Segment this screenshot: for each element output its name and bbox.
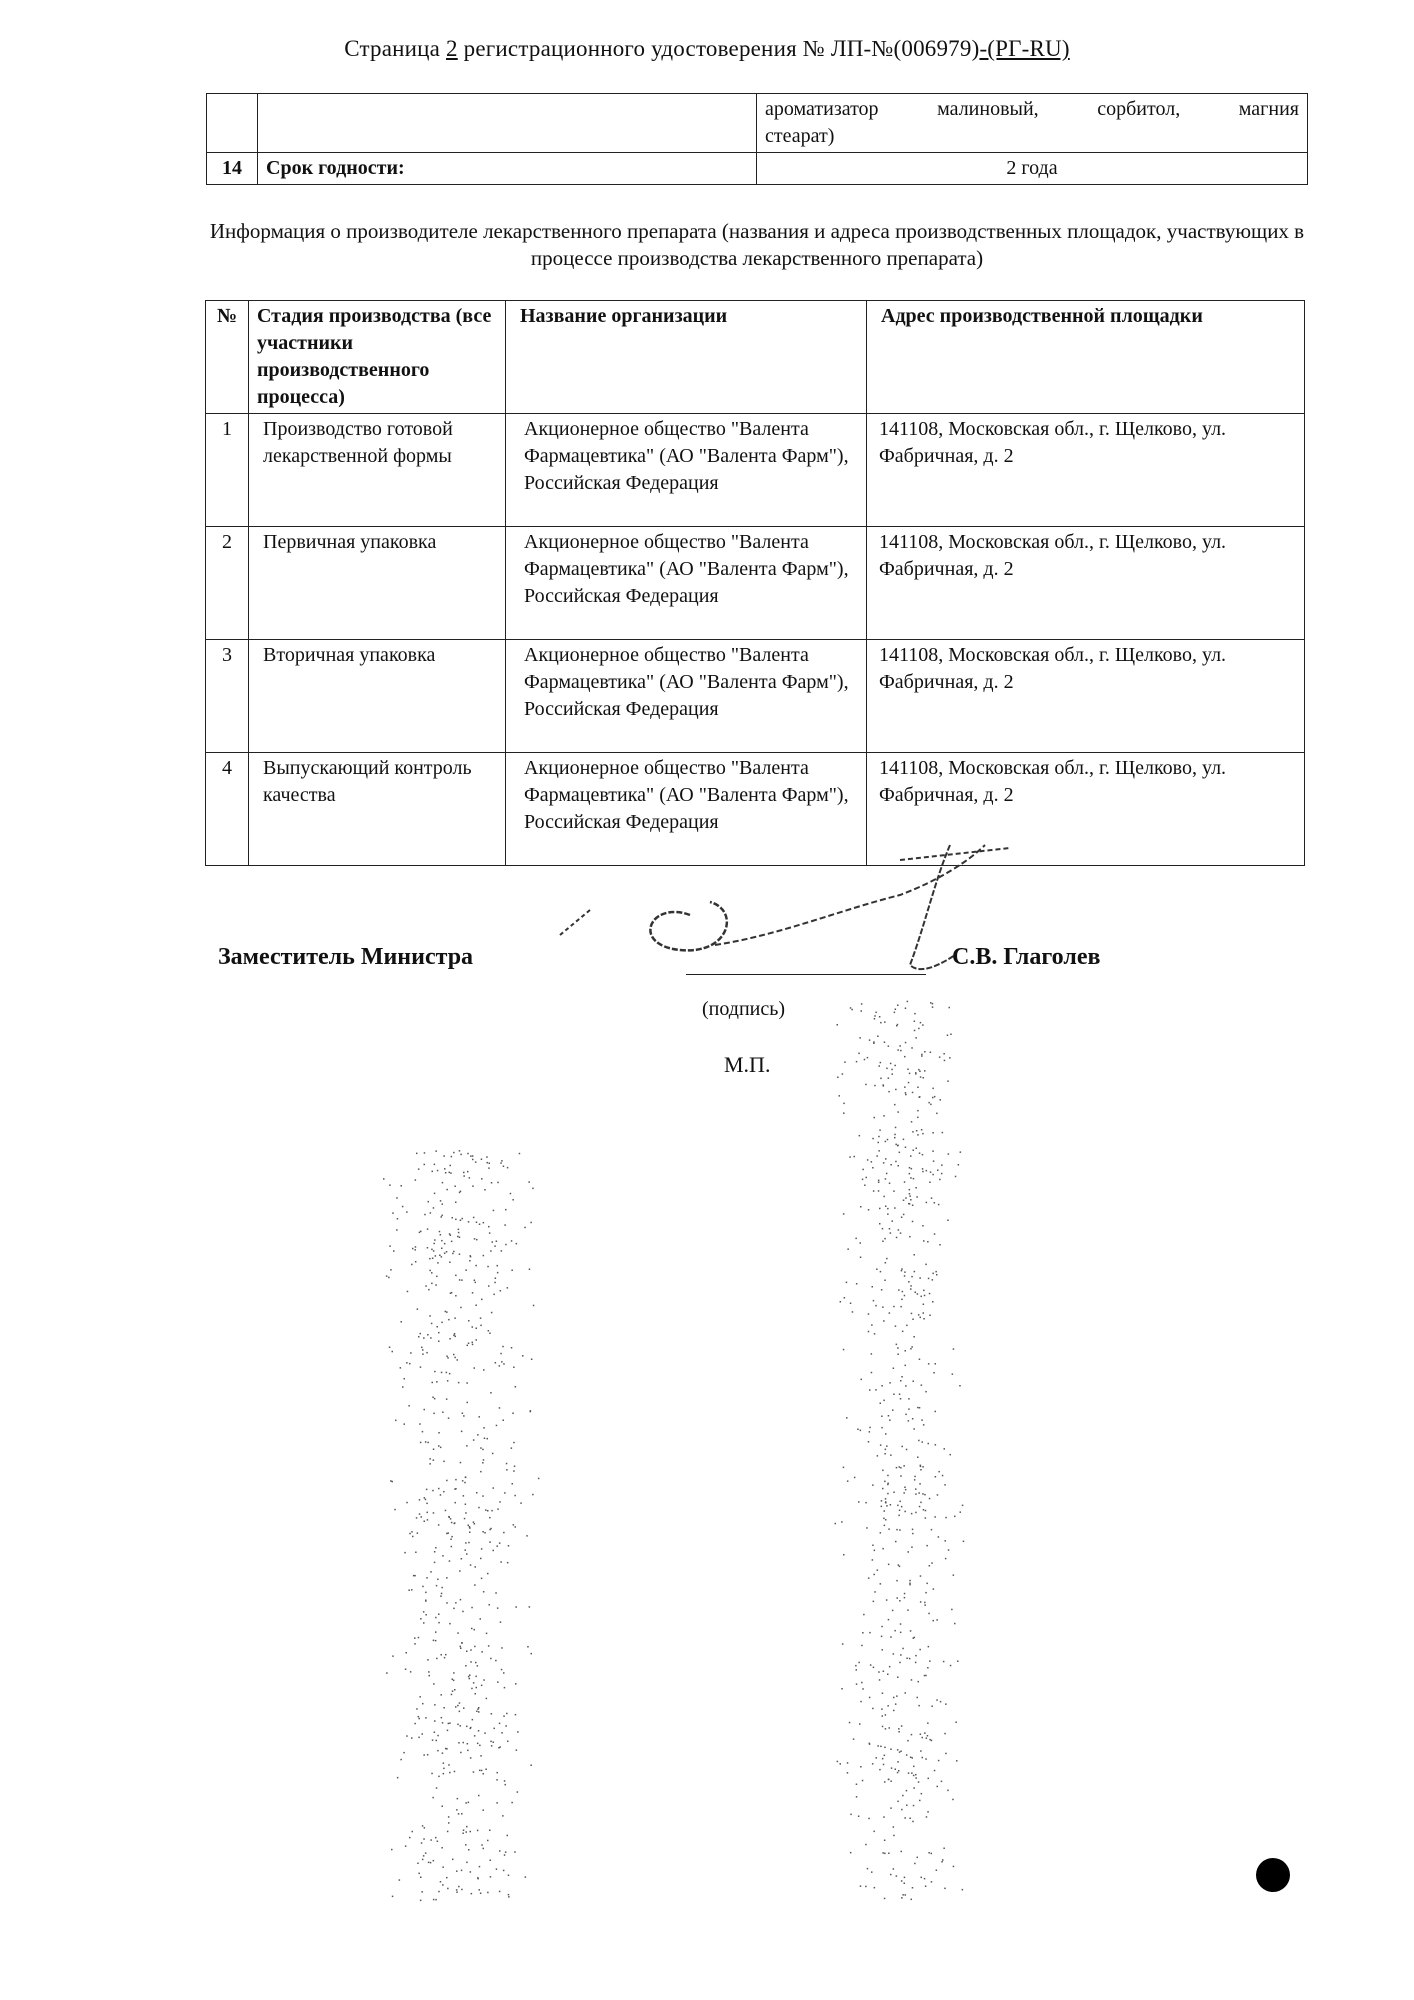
table-row-shelf-life: 14 Срок годности: 2 года: [207, 153, 1308, 185]
header-address: Адрес производственной площадки: [867, 301, 1305, 414]
row-value: ароматизатор малиновый, сорбитол, магния…: [757, 94, 1308, 153]
header-number: №: [206, 301, 249, 414]
row-number: 3: [206, 640, 249, 753]
header-page-number: 2: [446, 36, 458, 61]
row-number: [207, 94, 258, 153]
header-certificate: регистрационного удостоверения № ЛП-№(00…: [458, 36, 980, 61]
row-number: 4: [206, 753, 249, 866]
scan-dot-mark: [1256, 1858, 1290, 1892]
row-address: 141108, Московская обл., г. Щелково, ул.…: [867, 527, 1305, 640]
row-organization: Акционерное общество "Валента Фармацевти…: [506, 414, 867, 527]
header-suffix: -(РГ-RU): [979, 36, 1069, 61]
value-line-1: ароматизатор малиновый, сорбитол, магния: [765, 96, 1299, 123]
value-line-2: стеарат): [765, 123, 1299, 150]
signature-line: [686, 974, 926, 975]
table-row: 1 Производство готовой лекарственной фор…: [206, 414, 1305, 527]
page-header: Страница 2 регистрационного удостоверени…: [0, 36, 1414, 62]
header-organization: Название организации: [506, 301, 867, 414]
row-stage: Производство готовой лекарственной формы: [249, 414, 506, 527]
signature-caption: (подпись): [702, 998, 785, 1021]
row-stage: Вторичная упаковка: [249, 640, 506, 753]
stamp-place-label: М.П.: [724, 1052, 770, 1078]
row-label: [258, 94, 757, 153]
header-stage: Стадия производства (все участники произ…: [249, 301, 506, 414]
table-row: 3 Вторичная упаковка Акционерное обществ…: [206, 640, 1305, 753]
row-number: 2: [206, 527, 249, 640]
manufacturer-table: № Стадия производства (все участники про…: [205, 300, 1305, 866]
signatory-name: С.В. Глаголев: [952, 944, 1100, 971]
signatory-position: Заместитель Министра: [218, 944, 473, 971]
table-row: 2 Первичная упаковка Акционерное обществ…: [206, 527, 1305, 640]
row-stage: Первичная упаковка: [249, 527, 506, 640]
row-stage: Выпускающий контроль качества: [249, 753, 506, 866]
composition-table: ароматизатор малиновый, сорбитол, магния…: [206, 93, 1308, 185]
shelf-life-value: 2 года: [757, 153, 1308, 185]
header-prefix: Страница: [344, 36, 446, 61]
row-number: 1: [206, 414, 249, 527]
row-address: 141108, Московская обл., г. Щелково, ул.…: [867, 640, 1305, 753]
table-row: ароматизатор малиновый, сорбитол, магния…: [207, 94, 1308, 153]
row-address: 141108, Московская обл., г. Щелково, ул.…: [867, 414, 1305, 527]
shelf-life-label: Срок годности:: [258, 153, 757, 185]
table-header-row: № Стадия производства (все участники про…: [206, 301, 1305, 414]
section-title: Информация о производителе лекарственног…: [206, 218, 1308, 272]
row-number: 14: [207, 153, 258, 185]
row-organization: Акционерное общество "Валента Фармацевти…: [506, 527, 867, 640]
row-organization: Акционерное общество "Валента Фармацевти…: [506, 640, 867, 753]
